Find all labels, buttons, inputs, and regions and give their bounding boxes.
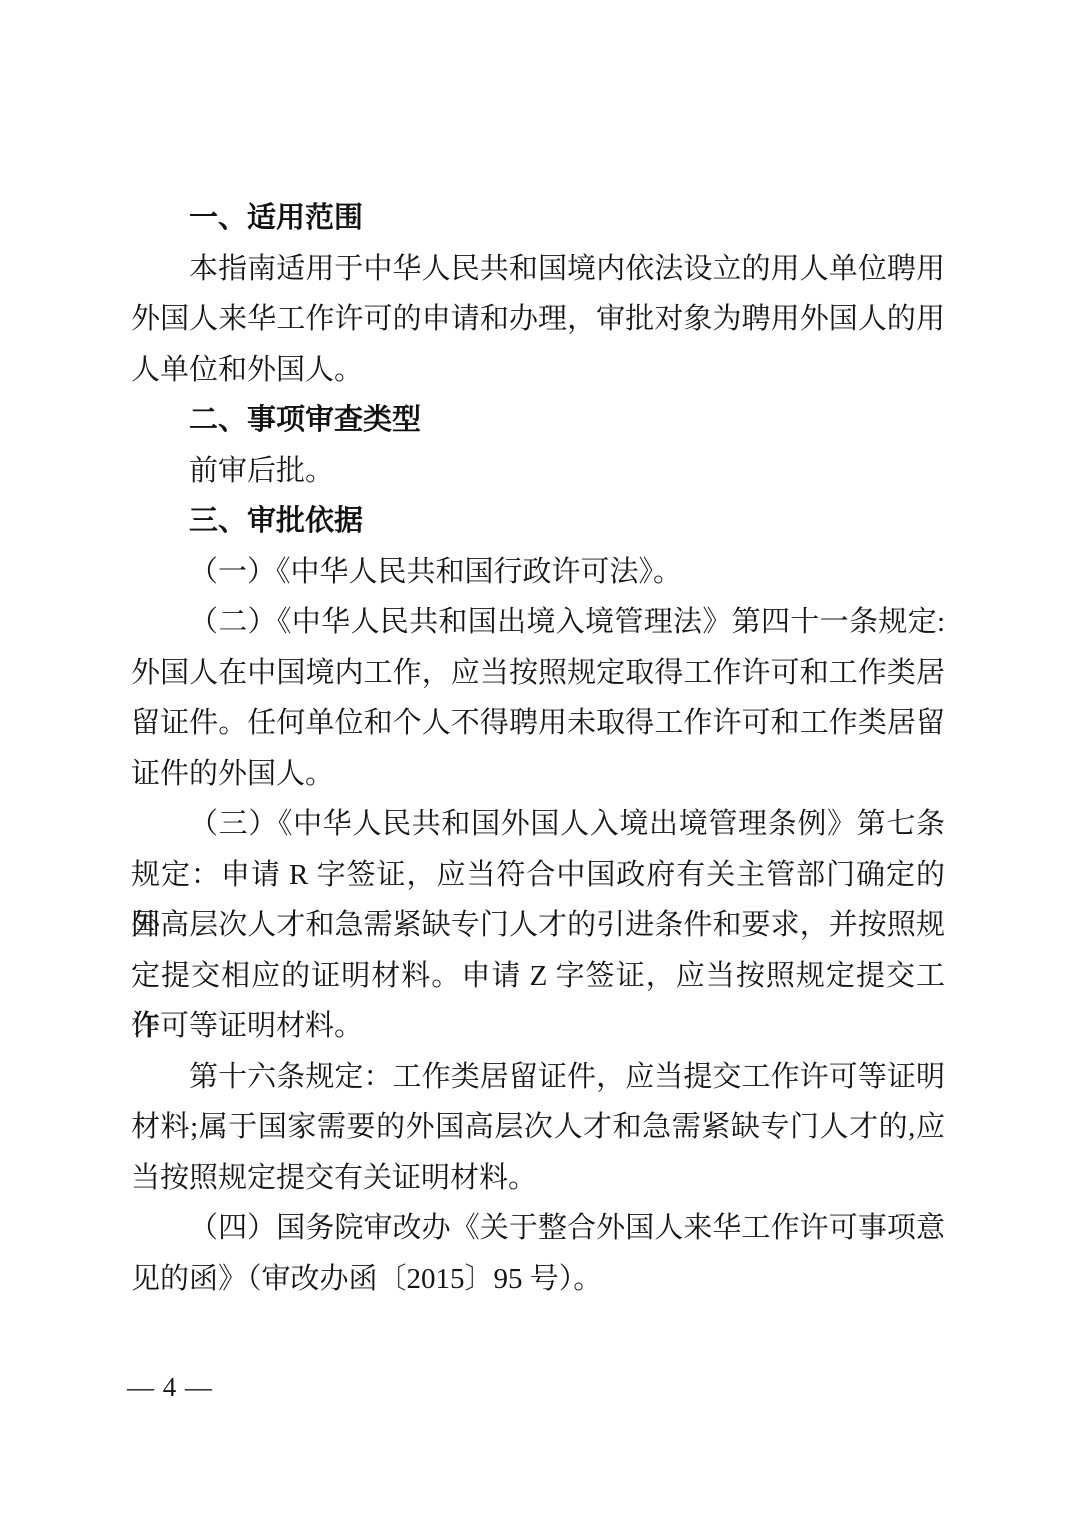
body-line: 留证件。任何单位和个人不得聘用未取得工作许可和工作类居留 xyxy=(131,698,945,749)
document-page: 一、适用范围本指南适用于中华人民共和国境内依法设立的用人单位聘用外国人来华工作许… xyxy=(0,0,1074,1520)
body-line: （四）国务院审改办《关于整合外国人来华工作许可事项意 xyxy=(131,1203,945,1254)
body-line: （二）《中华人民共和国出境入境管理法》第四十一条规定: xyxy=(131,597,945,648)
body-line: 规定：申请 R 字签证，应当符合中国政府有关主管部门确定的外 xyxy=(131,850,945,901)
body-line: 本指南适用于中华人民共和国境内依法设立的用人单位聘用 xyxy=(131,244,945,295)
section-heading: 二、事项审查类型 xyxy=(131,395,945,446)
body-line: 前审后批。 xyxy=(131,446,945,497)
body-line: 见的函》（审改办函〔2015〕95 号）。 xyxy=(131,1254,945,1305)
body-line: 国高层次人才和急需紧缺专门人才的引进条件和要求，并按照规 xyxy=(131,900,945,951)
body-line: 材料;属于国家需要的外国高层次人才和急需紧缺专门人才的,应 xyxy=(131,1102,945,1153)
page-number: — 4 — xyxy=(127,1372,213,1402)
body-line: 许可等证明材料。 xyxy=(131,1001,945,1052)
page-footer: — 4 — xyxy=(127,1371,213,1403)
section-heading: 一、适用范围 xyxy=(131,193,945,244)
section-heading: 三、审批依据 xyxy=(131,496,945,547)
body-line: 人单位和外国人。 xyxy=(131,345,945,396)
body-line: 第十六条规定：工作类居留证件，应当提交工作许可等证明 xyxy=(131,1052,945,1103)
body-line: 证件的外国人。 xyxy=(131,749,945,800)
document-body: 一、适用范围本指南适用于中华人民共和国境内依法设立的用人单位聘用外国人来华工作许… xyxy=(131,193,945,1304)
body-line: （三）《中华人民共和国外国人入境出境管理条例》第七条 xyxy=(131,799,945,850)
body-line: 外国人来华工作许可的申请和办理，审批对象为聘用外国人的用 xyxy=(131,294,945,345)
body-line: （一）《中华人民共和国行政许可法》。 xyxy=(131,547,945,598)
body-line: 定提交相应的证明材料。申请 Z 字签证，应当按照规定提交工作 xyxy=(131,951,945,1002)
body-line: 当按照规定提交有关证明材料。 xyxy=(131,1153,945,1204)
body-line: 外国人在中国境内工作，应当按照规定取得工作许可和工作类居 xyxy=(131,648,945,699)
